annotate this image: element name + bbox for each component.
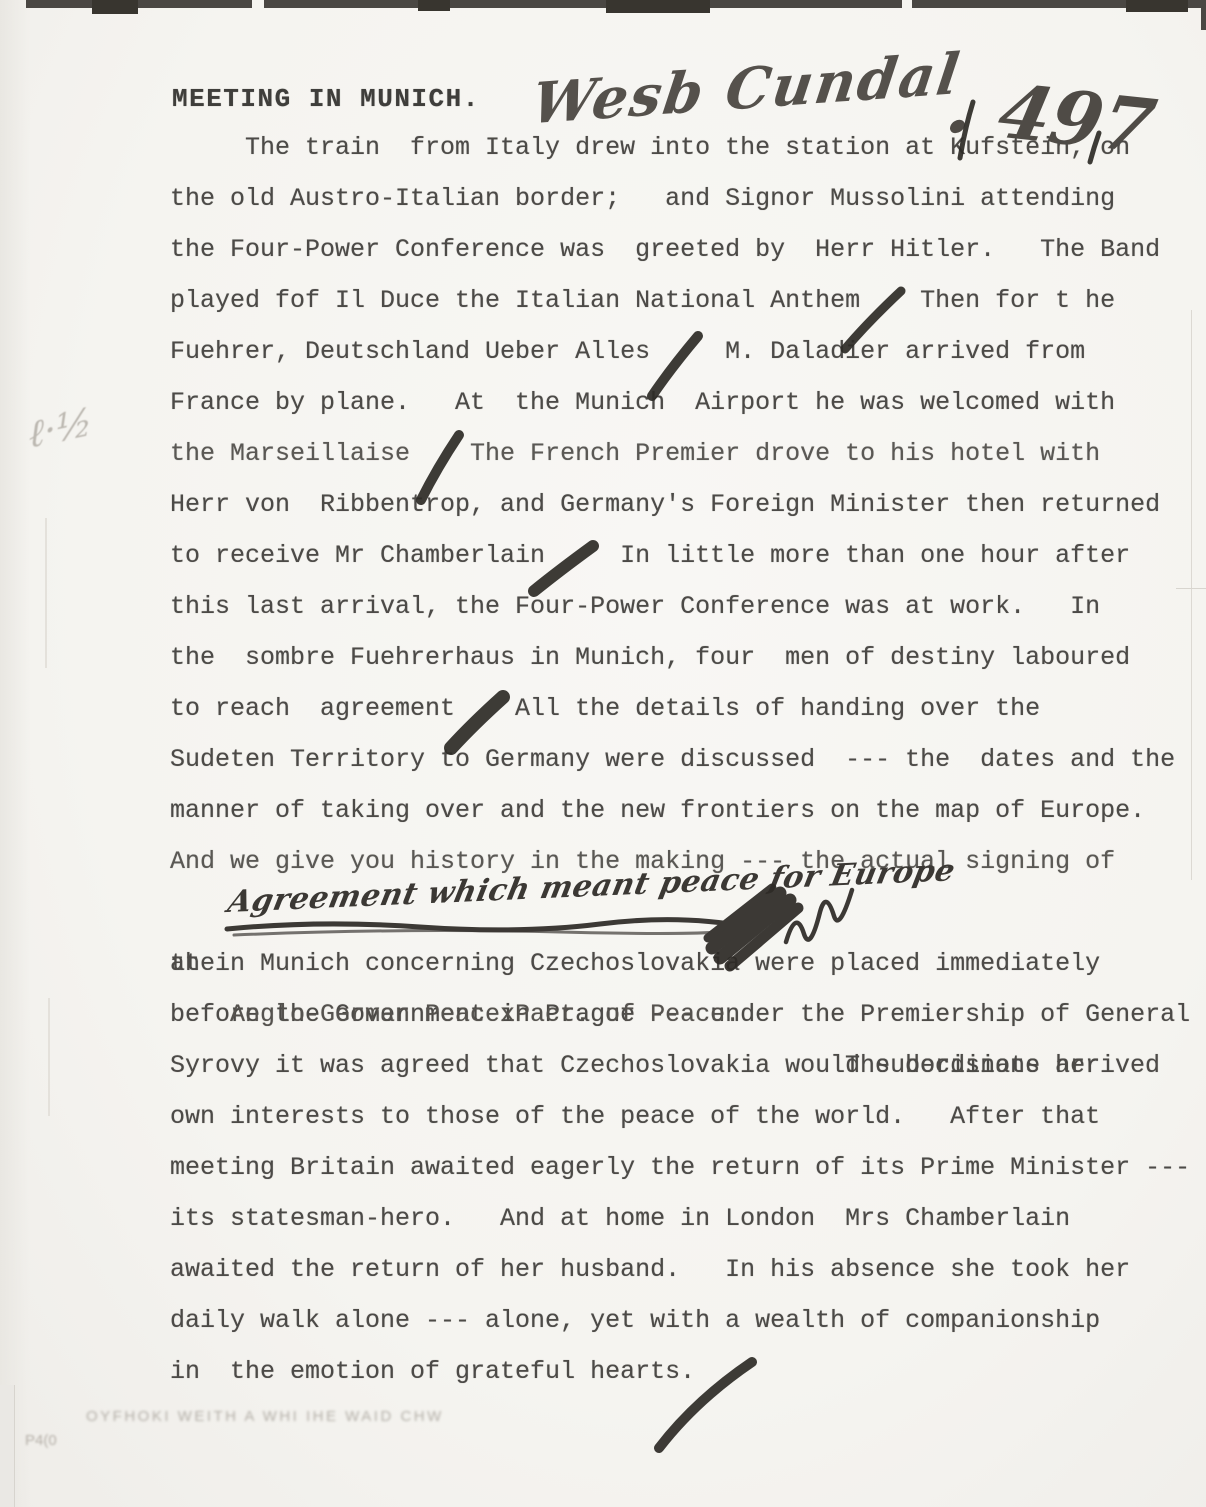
typed-line: Fuehrer, Deutschland Ueber Alles M. Dala…: [170, 326, 1190, 377]
faint-footer-mark: P4(0: [25, 1432, 57, 1449]
scan-line-artifact: [1191, 310, 1192, 880]
typed-line: this last arrival, the Four-Power Confer…: [170, 581, 1190, 632]
typed-line: its statesman-hero. And at home in Londo…: [170, 1193, 1190, 1244]
scan-corner-edge: [1201, 0, 1206, 30]
scan-top-band-blob: [606, 0, 710, 13]
struck-line-prefix: the: [170, 938, 230, 989]
typed-line: the sombre Fuehrerhaus in Munich, four m…: [170, 632, 1190, 683]
typed-line: played fof Il Duce the Italian National …: [170, 275, 1190, 326]
typed-line: the Marseillaise The French Premier drov…: [170, 428, 1190, 479]
left-edge-shadow: [0, 0, 30, 1507]
typed-line: at in Munich concerning Czechoslovakia w…: [170, 938, 1190, 989]
typed-line: to receive Mr Chamberlain In little more…: [170, 530, 1190, 581]
typed-line: to reach agreement All the details of ha…: [170, 683, 1190, 734]
paper-crease: [48, 998, 50, 1116]
page-title: MEETING IN MUNICH.: [172, 84, 480, 114]
typed-line: the Four-Power Conference was greeted by…: [170, 224, 1190, 275]
typed-body: The train from Italy drew into the stati…: [170, 122, 1190, 1397]
margin-pencil-note: ℓ·½: [28, 399, 93, 458]
scan-top-band-blob: [418, 0, 450, 11]
typed-line: in the emotion of grateful hearts.: [170, 1346, 1190, 1397]
typed-line: Herr von Ribbentrop, and Germany's Forei…: [170, 479, 1190, 530]
scan-top-band-gap: [252, 0, 264, 9]
typed-line: The train from Italy drew into the stati…: [170, 122, 1190, 173]
scan-corner-artifact: [0, 1385, 15, 1507]
paper-crease: [45, 518, 47, 668]
typed-line: manner of taking over and the new fronti…: [170, 785, 1190, 836]
scan-top-band-blob: [1126, 0, 1188, 12]
typed-line: the old Austro-Italian border; and Signo…: [170, 173, 1190, 224]
typed-line: daily walk alone --- alone, yet with a w…: [170, 1295, 1190, 1346]
typed-line: own interests to those of the peace of t…: [170, 1091, 1190, 1142]
scan-top-band-blob: [92, 0, 138, 14]
document-page: MEETING IN MUNICH. Wesb Cundal . 497 ℓ·½…: [0, 0, 1206, 1507]
typed-line: France by plane. At the Munich Airport h…: [170, 377, 1190, 428]
struck-out-text: Anglo-German PeacexPact. of Peace.: [230, 989, 740, 1040]
struck-line-suffix: The decisions arrived: [845, 1040, 1160, 1091]
typed-line: Sudeten Territory to Germany were discus…: [170, 734, 1190, 785]
typed-line: awaited the return of her husband. In hi…: [170, 1244, 1190, 1295]
faint-footer-stamp: OYFHOKI WEITH A WHI IHE WAID CHW: [86, 1408, 444, 1425]
scan-top-band-gap: [902, 0, 912, 9]
typed-line: meeting Britain awaited eagerly the retu…: [170, 1142, 1190, 1193]
